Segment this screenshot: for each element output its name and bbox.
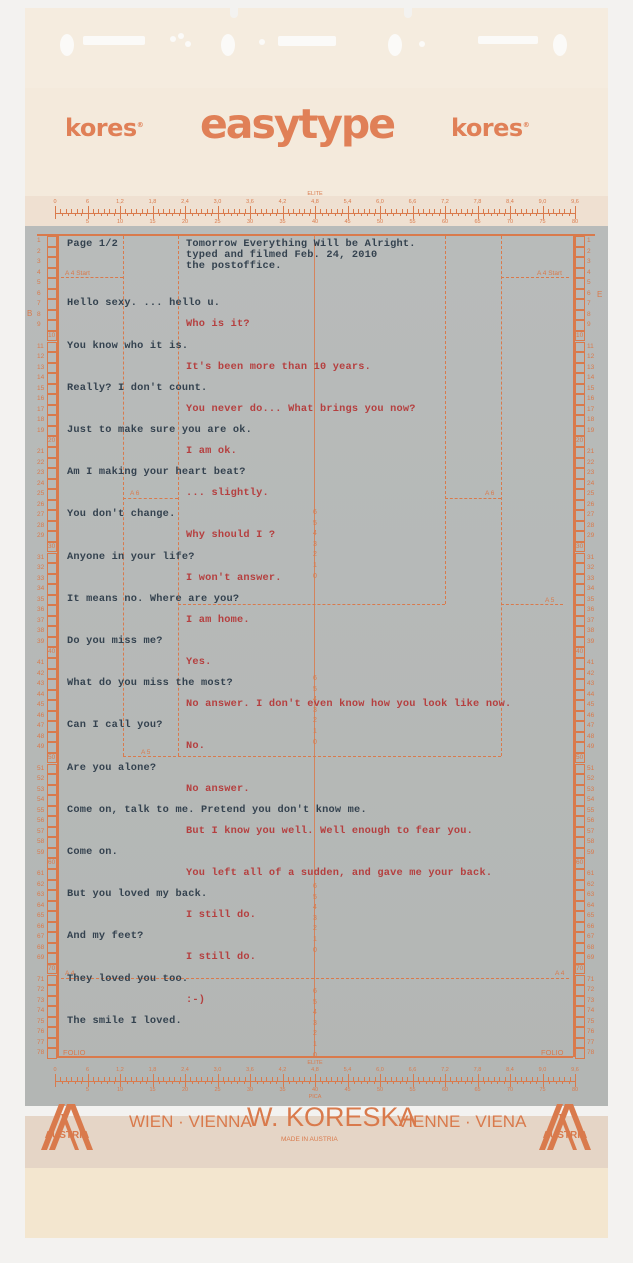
line-number: 25 [587,490,594,497]
line-number: 11 [587,343,594,350]
line-box [47,690,57,701]
pica-tick-label: 55 [409,219,415,225]
line-number: 48 [37,733,44,740]
made-in-austria: MADE IN AUSTRIA [281,1136,338,1143]
dialog-line-him: What do you miss the most? [67,677,233,689]
countdown-number: 4 [313,530,317,537]
dialog-line-him: Hello sexy. ... hello u. [67,297,220,309]
line-number: 49 [37,743,44,750]
line-box [47,953,57,964]
dialog-line-her: Who is it? [186,318,250,330]
dialog-line-her: Why should I ? [186,529,275,541]
punch-hole [60,34,74,56]
line-number: 17 [37,406,44,413]
line-number: 14 [37,374,44,381]
elite-tick-label: 1,2 [116,199,124,205]
line-box [47,1038,57,1049]
line-box [575,373,585,384]
dialog-line-him: And my feet? [67,930,144,942]
line-box [575,616,585,627]
line-box [47,553,57,564]
punch-hole [419,41,425,47]
line-box [575,996,585,1007]
dialog-line-her: :-) [186,994,205,1006]
line-box [575,458,585,469]
line-box [47,584,57,595]
line-number: 34 [37,585,44,592]
line-number: 53 [37,786,44,793]
line-number: 68 [587,944,594,951]
elite-tick-label: 5,4 [344,199,352,205]
dialog-line-him: Am I making your heart beat? [67,466,246,478]
line-box [47,384,57,395]
line-number: 72 [37,986,44,993]
dialog-line-him: Come on, talk to me. Pretend you don't k… [67,804,367,816]
elite-tick-label: 4,8 [311,199,319,205]
line-number: 70 [48,965,55,972]
line-box [47,911,57,922]
line-box [575,890,585,901]
line-box [47,278,57,289]
line-number: 28 [587,522,594,529]
line-box [47,816,57,827]
line-number: 63 [37,891,44,898]
line-number: 40 [576,648,583,655]
line-number: 58 [587,838,594,845]
line-box [575,415,585,426]
punch-slot [478,36,538,44]
line-number: 1 [37,237,41,244]
line-box [575,827,585,838]
elite-tick-label: 4,2 [279,199,287,205]
a4-start-left-line [61,277,123,278]
line-number: 47 [37,722,44,729]
countdown-number: 0 [313,1052,317,1059]
line-box [47,943,57,954]
dialog-line-her: But I know you well. Well enough to fear… [186,825,473,837]
dialog-line-him: Just to make sure you are ok. [67,424,252,436]
margin-label-b: B [27,309,32,318]
line-number: 42 [587,670,594,677]
dialog-line-him: Anyone in your life? [67,551,195,563]
line-box [47,679,57,690]
footer-left-city: WIEN · VIENNA [129,1112,252,1132]
line-number: 31 [37,554,44,561]
line-box [47,363,57,374]
pica-tick-label: 25 [214,219,220,225]
line-box [575,1027,585,1038]
line-number: 16 [37,395,44,402]
countdown-number: 4 [313,904,317,911]
pica-tick-label: 65 [474,219,480,225]
line-box [47,869,57,880]
line-number: 32 [37,564,44,571]
line-number: 59 [587,849,594,856]
line-number: 50 [576,754,583,761]
countdown-number: 6 [313,675,317,682]
line-box [575,953,585,964]
line-number: 74 [37,1007,44,1014]
line-box [47,721,57,732]
a6-left-label: A 6 [130,490,139,497]
a4-start-right-line [501,277,569,278]
elite-tick-label: 9,6 [571,1067,579,1073]
line-number: 66 [587,923,594,930]
line-box [47,489,57,500]
line-number: 72 [587,986,594,993]
countdown-number: 1 [313,728,317,735]
line-number: 69 [587,954,594,961]
elite-tick-label: 6,6 [409,199,417,205]
page-number: Page 1/2 [67,238,118,250]
line-number: 3 [37,258,41,265]
line-number: 46 [37,712,44,719]
line-number: 52 [587,775,594,782]
pica-tick-label: 45 [344,219,350,225]
line-number: 33 [587,575,594,582]
frame-top-line [37,234,595,236]
dialog-line-her: No answer. [186,783,250,795]
frame-left-line [57,234,59,1057]
dialog-line-him: The smile I loved. [67,1015,182,1027]
dialog-line-her: No. [186,740,205,752]
line-box [575,595,585,606]
line-number: 7 [37,300,41,307]
line-number: 65 [37,912,44,919]
a6-right-label: A 6 [485,490,494,497]
elite-tick-label: 2,4 [181,199,189,205]
dialog-line-her: I still do. [186,951,256,963]
line-box [575,679,585,690]
line-number: 30 [576,543,583,550]
folio-right-label: FOLIO [541,1048,564,1057]
line-number: 26 [37,501,44,508]
line-number: 34 [587,585,594,592]
elite-tick-label: 7,2 [441,1067,449,1073]
line-box [47,848,57,859]
line-box [575,1038,585,1049]
line-number: 5 [37,279,41,286]
countdown-number: 5 [313,686,317,693]
elite-tick-label: 4,8 [311,1067,319,1073]
countdown-number: 5 [313,520,317,527]
line-box [47,468,57,479]
line-number: 73 [587,997,594,1004]
line-number: 45 [587,701,594,708]
line-box [575,468,585,479]
countdown-number: 3 [313,915,317,922]
line-number: 33 [37,575,44,582]
line-number: 64 [37,902,44,909]
line-box [575,531,585,542]
line-number: 20 [576,437,583,444]
line-number: 14 [587,374,594,381]
guide-a5-right [501,236,502,756]
dialog-line-her: I still do. [186,909,256,921]
elite-tick-label: 9,6 [571,199,579,205]
line-number: 15 [37,385,44,392]
line-box [47,711,57,722]
line-number: 20 [48,437,55,444]
line-box [575,848,585,859]
punch-hole [185,41,191,47]
line-number: 63 [587,891,594,898]
elite-tick-label: 0 [53,199,56,205]
a4-start-left-label: A 4 Start [65,270,90,277]
countdown-number: 1 [313,1041,317,1048]
line-number: 12 [587,353,594,360]
guide-a6-right [445,236,446,604]
countdown-number: 0 [313,573,317,580]
line-box [575,605,585,616]
line-number: 61 [37,870,44,877]
line-box [47,669,57,680]
line-number: 57 [587,828,594,835]
line-number: 50 [48,754,55,761]
line-box [575,584,585,595]
line-box [575,911,585,922]
dialog-line-him: You know who it is. [67,340,188,352]
line-box [47,975,57,986]
pica-tick-label: 10 [117,1087,123,1093]
pica-tick-label: 35 [279,1087,285,1093]
dialog-line-her: I am home. [186,614,250,626]
countdown-number: 6 [313,509,317,516]
line-number: 64 [587,902,594,909]
pica-tick-label: 50 [377,219,383,225]
margin-label-e: E [597,290,602,299]
elite-tick-label: 1,8 [149,1067,157,1073]
line-number: 42 [37,670,44,677]
elite-tick-label: 3,6 [246,199,254,205]
pica-tick-label: 60 [442,219,448,225]
pica-tick-label: 55 [409,1087,415,1093]
line-box [47,299,57,310]
line-number: 49 [587,743,594,750]
line-box [47,1027,57,1038]
countdown-number: 2 [313,1030,317,1037]
line-box [47,932,57,943]
pica-tick-label: 10 [117,219,123,225]
line-number: 8 [37,311,41,318]
line-box [575,721,585,732]
line-box [575,384,585,395]
top-notch [230,6,238,18]
elite-tick-label: 8,4 [506,1067,514,1073]
line-number: 24 [587,480,594,487]
dialog-line-him: Do you miss me? [67,635,163,647]
line-box [47,352,57,363]
line-number: 29 [587,532,594,539]
line-number: 41 [587,659,594,666]
line-box [575,574,585,585]
line-box [47,236,57,247]
line-box [47,890,57,901]
elite-tick-label: 3,0 [214,1067,222,1073]
elite-tick-label: 9,0 [539,199,547,205]
pica-tick-label: 20 [182,219,188,225]
line-number: 30 [48,543,55,550]
line-box [575,342,585,353]
line-number: 32 [587,564,594,571]
line-box [47,658,57,669]
folio-left-label: FOLIO [63,1048,86,1057]
line-number: 10 [576,332,583,339]
line-box [575,700,585,711]
dialog-line-him: Come on. [67,846,118,858]
pica-tick-label: 80 [572,219,578,225]
elite-tick-label: 5,4 [344,1067,352,1073]
elite-tick-label: 3,0 [214,199,222,205]
pica-tick-label: 60 [442,1087,448,1093]
line-box [575,690,585,701]
line-number: 22 [587,459,594,466]
line-box [47,595,57,606]
line-number: 76 [587,1028,594,1035]
line-box [47,373,57,384]
punch-hole [553,34,567,56]
punch-slot [278,36,336,46]
line-number: 60 [576,859,583,866]
countdown-number: 2 [313,551,317,558]
line-number: 58 [37,838,44,845]
line-number: 26 [587,501,594,508]
line-number: 71 [587,976,594,983]
top-notch [404,6,412,18]
line-number: 60 [48,859,55,866]
line-number: 62 [587,881,594,888]
dialog-line-her: I won't answer. [186,572,282,584]
footer-cream [25,1168,608,1238]
line-number: 53 [587,786,594,793]
elite-tick-label: 6,0 [376,1067,384,1073]
line-box [47,426,57,437]
line-box [47,605,57,616]
line-number: 78 [587,1049,594,1056]
registered-mark: ® [137,121,144,129]
line-number: 35 [587,596,594,603]
line-number: 35 [37,596,44,603]
line-box [47,985,57,996]
line-box [47,742,57,753]
line-box [575,922,585,933]
line-box [575,257,585,268]
elite-label-bottom: ELITE [307,1060,322,1066]
line-number: 7 [587,300,591,307]
line-number: 24 [37,480,44,487]
line-number: 23 [37,469,44,476]
line-number: 38 [587,627,594,634]
line-box [575,774,585,785]
line-number: 54 [37,796,44,803]
line-box [47,342,57,353]
line-box [47,394,57,405]
line-box [47,996,57,1007]
elite-tick-label: 9,0 [539,1067,547,1073]
line-box [575,626,585,637]
line-number: 75 [587,1018,594,1025]
line-number: 43 [37,680,44,687]
line-box [575,637,585,648]
line-number: 6 [37,290,41,297]
dialog-line-her: Yes. [186,656,212,668]
dialog-line-him: They loved you too. [67,973,188,985]
punch-hole [259,39,265,45]
line-box [575,320,585,331]
line-number: 43 [587,680,594,687]
line-number: 40 [48,648,55,655]
elite-tick-label: 7,8 [474,1067,482,1073]
line-box [575,500,585,511]
line-number: 2 [587,248,591,255]
pica-tick-label: 75 [539,1087,545,1093]
line-box [47,764,57,775]
line-number: 75 [37,1018,44,1025]
line-number: 69 [37,954,44,961]
a5-bottom-line [123,756,501,757]
line-box [575,901,585,912]
a4-start-right-label: A 4 Start [537,270,562,277]
dialog-line-him: It means no. Where are you? [67,593,239,605]
line-number: 77 [587,1039,594,1046]
line-box [47,521,57,532]
line-box [575,352,585,363]
line-box [575,711,585,722]
line-number: 71 [37,976,44,983]
elite-tick-label: 6 [86,199,89,205]
line-box [575,426,585,437]
pica-tick-label: 80 [572,1087,578,1093]
line-number: 68 [37,944,44,951]
pica-tick-label: 70 [507,1087,513,1093]
svg-text:AUSTRIA: AUSTRIA [45,1130,89,1141]
line-number: 15 [587,385,594,392]
elite-tick-label: 6 [86,1067,89,1073]
doc-location: the postoffice. [186,260,282,272]
line-box [575,247,585,258]
dialog-line-him: Are you alone? [67,762,156,774]
line-number: 65 [587,912,594,919]
line-number: 18 [37,416,44,423]
a5-left-label: A 5 [141,749,150,756]
elite-tick-label: 6,0 [376,199,384,205]
line-box [47,901,57,912]
line-number: 31 [587,554,594,561]
line-box [47,563,57,574]
line-number: 36 [37,606,44,613]
line-box [47,405,57,416]
dialog-line-him: You don't change. [67,508,175,520]
line-number: 17 [587,406,594,413]
line-box [47,320,57,331]
line-number: 19 [37,427,44,434]
dialog-line-him: But you loved my back. [67,888,207,900]
countdown-number: 0 [313,947,317,954]
line-box [47,458,57,469]
line-number: 39 [37,638,44,645]
line-box [575,880,585,891]
dialog-line-her: I am ok. [186,445,237,457]
line-number: 78 [37,1049,44,1056]
line-box [575,837,585,848]
line-number: 37 [37,617,44,624]
a4-right-label: A 4 [555,970,564,977]
punch-hole [221,34,235,56]
line-number: 67 [37,933,44,940]
line-box [47,510,57,521]
line-box [47,415,57,426]
line-number: 51 [37,765,44,772]
